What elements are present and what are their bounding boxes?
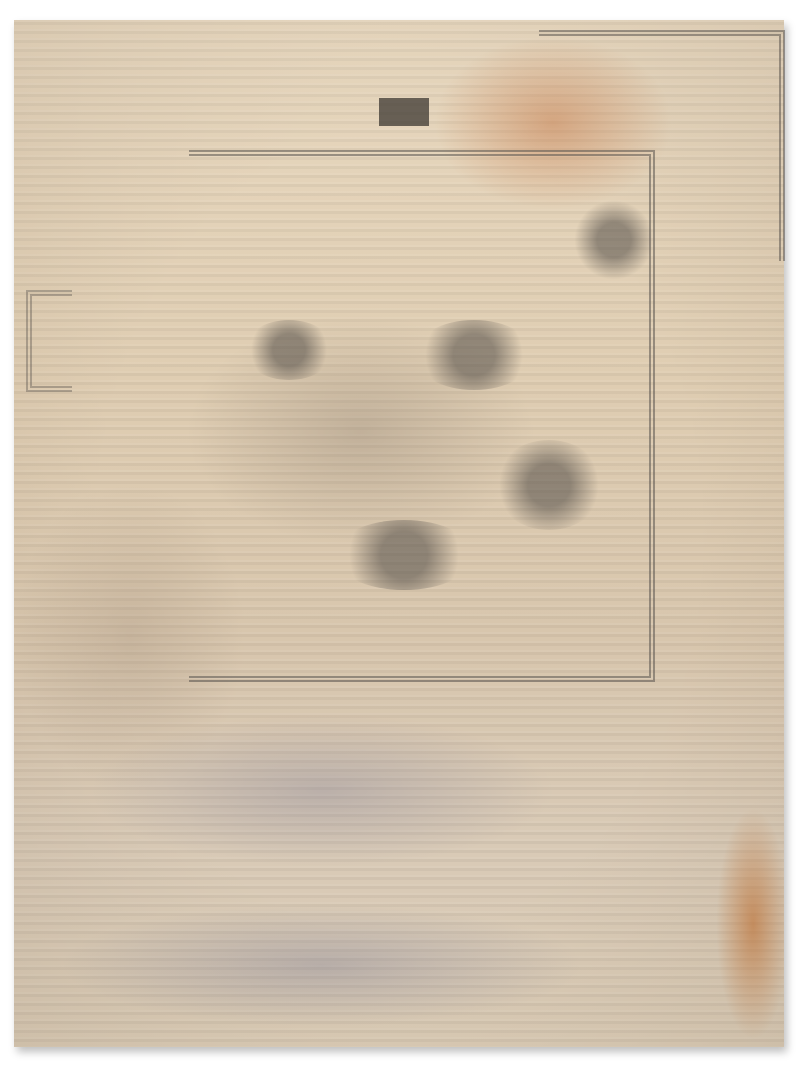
rug-shading: [14, 20, 784, 1047]
rug-product-image: [14, 20, 784, 1047]
